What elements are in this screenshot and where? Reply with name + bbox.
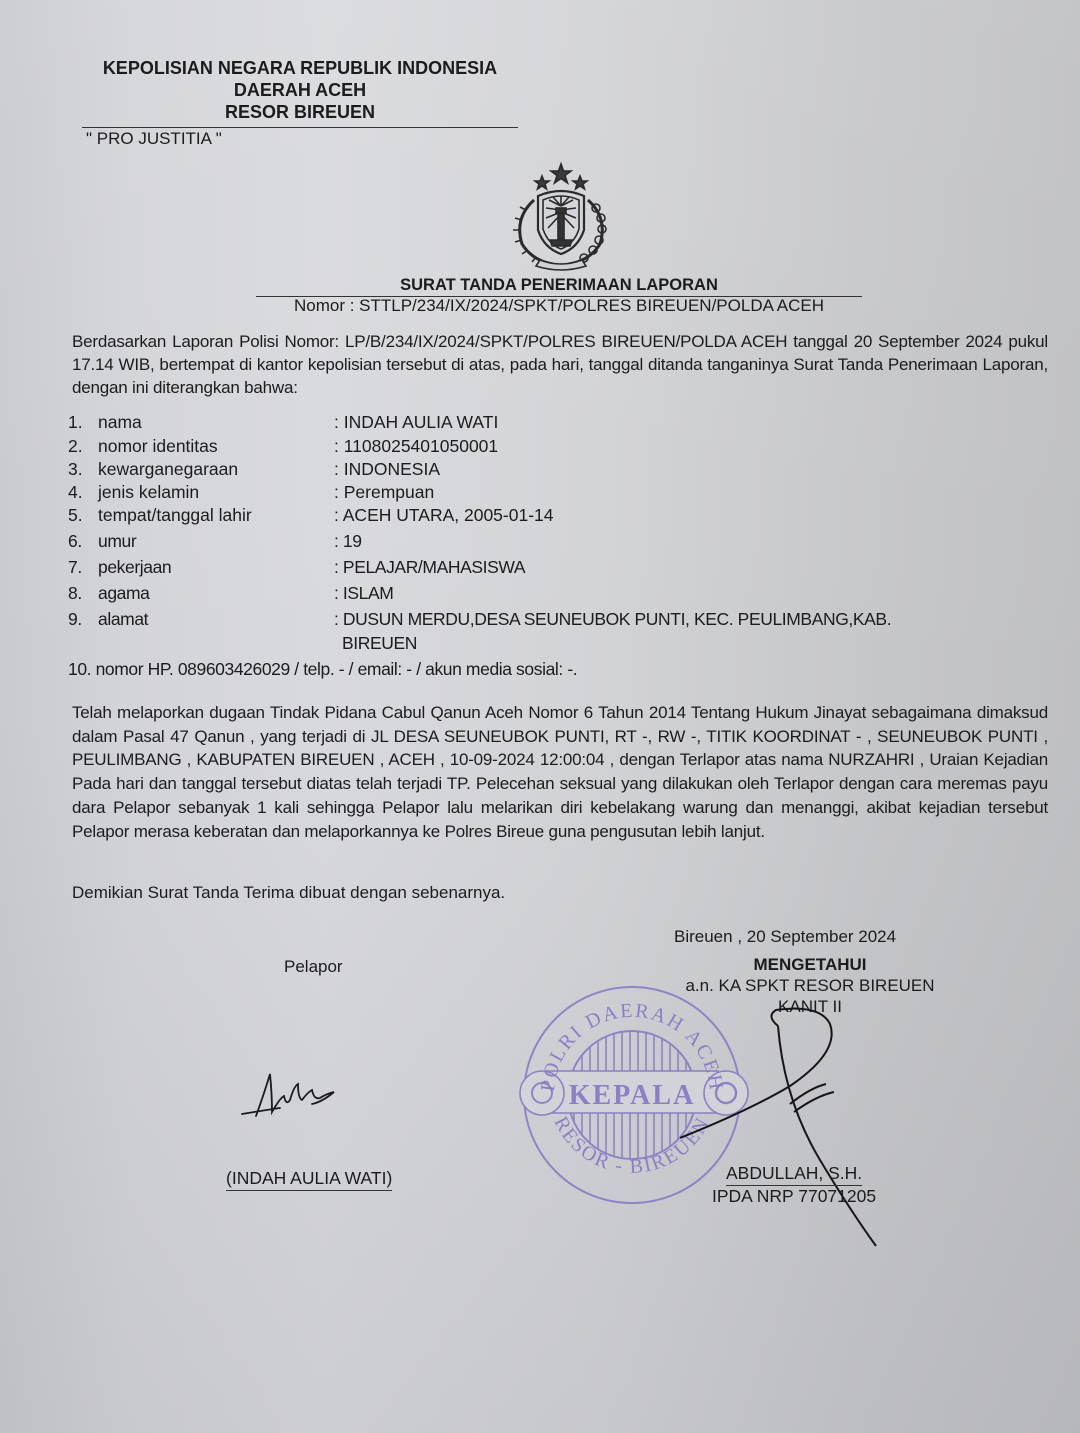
officer-signature	[680, 1000, 910, 1250]
field-value: : DUSUN MERDU,DESA SEUNEUBOK PUNTI, KEC.…	[334, 609, 1014, 630]
reporter-signature	[236, 1064, 346, 1124]
field-row-alamat: 9. alamat : DUSUN MERDU,DESA SEUNEUBOK P…	[68, 609, 1014, 630]
field-number: 7.	[68, 557, 98, 578]
field-row-nomor-identitas: 2. nomor identitas : 1108025401050001	[68, 436, 1014, 457]
field-row-kewarganegaraan: 3. kewarganegaraan : INDONESIA	[68, 459, 1014, 480]
field-number: 6.	[68, 531, 98, 552]
header-resor: RESOR BIREUEN	[82, 101, 518, 123]
field-value-alamat-line2: BIREUEN	[342, 633, 417, 654]
field-value: : 1108025401050001	[334, 436, 1014, 457]
field-value: : ACEH UTARA, 2005-01-14	[334, 505, 1014, 526]
officer-name: ABDULLAH, S.H.	[726, 1163, 862, 1186]
field-value: : PELAJAR/MAHASISWA	[334, 557, 1014, 578]
field-row-jenis-kelamin: 4. jenis kelamin : Perempuan	[68, 482, 1014, 503]
field-label: agama	[98, 583, 334, 604]
field-label: nomor identitas	[98, 436, 334, 457]
reporter-name: (INDAH AULIA WATI)	[226, 1168, 392, 1191]
field-number: 9.	[68, 609, 98, 630]
field-row-tempat-tanggal-lahir: 5. tempat/tanggal lahir : ACEH UTARA, 20…	[68, 505, 1014, 526]
field-label: umur	[98, 531, 334, 552]
field-label: pekerjaan	[98, 557, 334, 578]
field-value: : INDAH AULIA WATI	[334, 412, 1014, 433]
field-row-nama: 1. nama : INDAH AULIA WATI	[68, 412, 1014, 433]
report-paragraph: Telah melaporkan dugaan Tindak Pidana Ca…	[72, 701, 1048, 843]
field-value: : Perempuan	[334, 482, 1014, 503]
field-row-agama: 8. agama : ISLAM	[68, 583, 1014, 604]
field-number: 1.	[68, 412, 98, 433]
field-number: 5.	[68, 505, 98, 526]
field-number: 4.	[68, 482, 98, 503]
pro-justitia-label: " PRO JUSTITIA "	[86, 129, 222, 149]
officer-rank-nrp: IPDA NRP 77071205	[712, 1186, 876, 1207]
field-value: : 19	[334, 531, 1014, 552]
header-region: DAERAH ACEH	[82, 79, 518, 101]
field-row-umur: 6. umur : 19	[68, 531, 1014, 552]
field-number: 3.	[68, 459, 98, 480]
field-label: alamat	[98, 609, 334, 630]
place-date: Bireuen , 20 September 2024	[674, 927, 896, 947]
field-value: : INDONESIA	[334, 459, 1014, 480]
field-label: kewarganegaraan	[98, 459, 334, 480]
field-label: tempat/tanggal lahir	[98, 505, 334, 526]
field-number: 8.	[68, 583, 98, 604]
field-label: nama	[98, 412, 334, 433]
field-row-pekerjaan: 7. pekerjaan : PELAJAR/MAHASISWA	[68, 557, 1014, 578]
svg-text:KEPALA: KEPALA	[569, 1080, 696, 1111]
contact-line: 10. nomor HP. 089603426029 / telp. - / e…	[68, 659, 577, 680]
header-divider	[82, 127, 518, 128]
field-number: 2.	[68, 436, 98, 457]
header-institution: KEPOLISIAN NEGARA REPUBLIK INDONESIA	[82, 57, 518, 79]
closing-statement: Demikian Surat Tanda Terima dibuat denga…	[72, 883, 505, 903]
acknowledge-heading: MENGETAHUI	[640, 955, 980, 975]
document-title: SURAT TANDA PENERIMAAN LAPORAN	[256, 276, 862, 295]
intro-paragraph: Berdasarkan Laporan Polisi Nomor: LP/B/2…	[72, 330, 1048, 399]
police-emblem-icon	[498, 160, 624, 272]
field-label: jenis kelamin	[98, 482, 334, 503]
field-value: : ISLAM	[334, 583, 1014, 604]
reporter-role: Pelapor	[284, 957, 343, 977]
document-number: Nomor : STTLP/234/IX/2024/SPKT/POLRES BI…	[256, 296, 862, 316]
